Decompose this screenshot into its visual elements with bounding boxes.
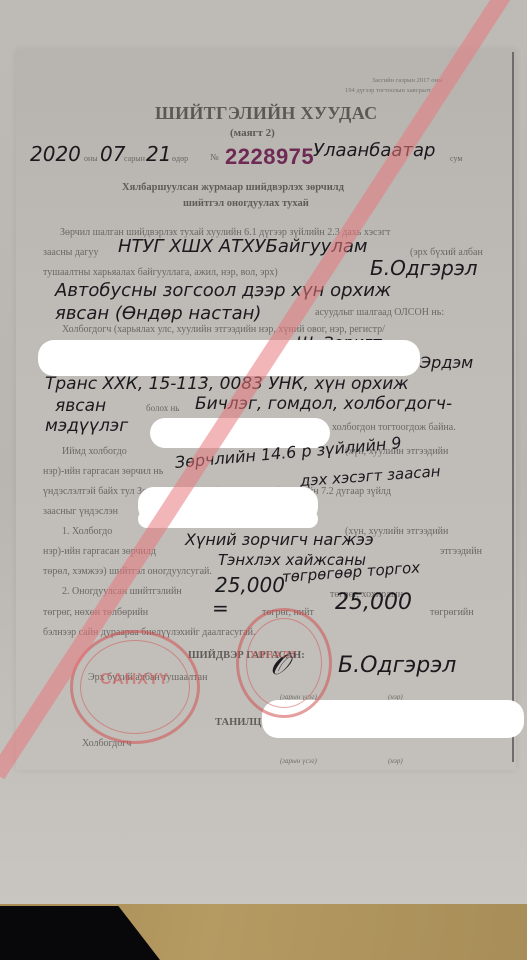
- para1-line5-end: асуудлыг шалгаад ОЛСОН нь:: [315, 308, 444, 318]
- place-suffix: сум: [450, 155, 462, 163]
- section-heading-line2: шийтгэл оногдуулах тухай: [183, 199, 309, 210]
- para2-line-end: холбогдон тогтоогдож байна.: [332, 423, 456, 433]
- handwritten-finding-line1: Автобусны зогсоол дээр хүн орхиж: [55, 282, 391, 300]
- document-subtitle: (маягт 2): [230, 128, 275, 139]
- serial-number: 2228975: [225, 144, 314, 170]
- year-label: оны: [84, 155, 98, 163]
- para1-line3: тушаалтны харьяалах байгууллага, ажил, н…: [43, 268, 278, 278]
- handwritten-dash-mark: =: [212, 598, 229, 618]
- item1-line1-start: 1. Холбогдо: [62, 527, 112, 537]
- handwritten-party-line4: мэдүүлэг: [45, 418, 128, 435]
- document-title: ШИЙТГЭЛИЙН ХУУДАС: [155, 104, 377, 122]
- number-label: №: [210, 153, 219, 162]
- handwritten-official-name: Б.Одгэрэл: [370, 258, 478, 278]
- handwritten-month: 07: [100, 144, 125, 164]
- handwritten-total-amount: 25,000: [335, 592, 412, 614]
- para2-line-bodoh: болох нь: [146, 404, 179, 413]
- handwritten-party-line1b: Эрдэм: [420, 355, 473, 371]
- para3-line2: нэр)-ийн гаргасан зөрчил нь: [43, 467, 163, 477]
- item2-line2-end: төгрөгийн: [430, 608, 474, 618]
- month-label: сарын: [124, 155, 145, 163]
- para3-line1-start: Иймд холбогдо: [62, 447, 127, 457]
- handwritten-penalty-amount: 25,000: [215, 575, 285, 595]
- handwritten-official-signature-name: Б.Одгэрэл: [338, 655, 456, 677]
- paper-fold-edge: [512, 52, 514, 762]
- party-signature-caption: (гарын үсэг): [280, 758, 317, 765]
- para1-line2-start: заасны дагуу: [43, 248, 98, 258]
- day-label: өдөр: [172, 155, 188, 163]
- para3-line4: заасныг үндэслэн: [43, 507, 118, 517]
- item1-line2-end: этгээдийн: [440, 547, 482, 557]
- handwritten-year: 2020: [30, 144, 81, 164]
- section-heading-line1: Хялбаршуулсан журмаар шийдвэрлэх зөрчилд: [122, 183, 344, 194]
- handwritten-penalty-line1: Хүний зорчигч нагжээ: [185, 532, 374, 548]
- handwritten-place: Улаанбаатар: [313, 142, 435, 160]
- party-name-caption: (нэр): [388, 758, 403, 765]
- handwritten-party-line3-start: явсан: [55, 398, 106, 415]
- handwritten-party-line2: Транс ХХК, 15-113, 0083 УНК, хүн орхиж: [45, 376, 409, 393]
- right-official-stamp: [236, 608, 332, 718]
- legal-ref-line1: Засгийн газрын 2017 оны: [372, 78, 442, 85]
- handwritten-finding-line2: явсан (Өндөр настан): [55, 305, 261, 323]
- left-stamp-text: САНХҮҮ: [100, 671, 169, 689]
- redaction-party-id: [38, 340, 420, 376]
- right-stamp-text: ХЯНАЛТ: [250, 650, 298, 661]
- legal-ref-line2: 194 дүгээр тогтоолын хавсралт: [345, 88, 431, 95]
- handwritten-day: 21: [146, 144, 171, 164]
